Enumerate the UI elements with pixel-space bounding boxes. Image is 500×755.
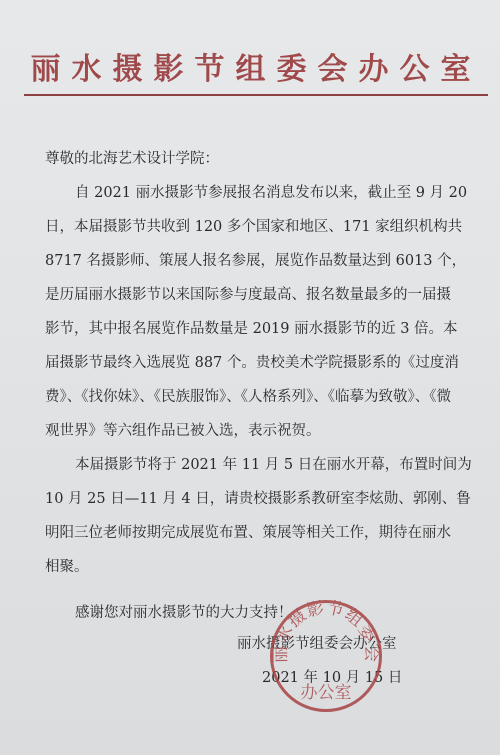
paragraph-line: 本届摄影节将于 2021 年 11 月 5 日在丽水开幕，布置时间为 [45,448,470,482]
paragraph-line: 相聚。 [45,550,470,584]
paragraph-line: 日，本届摄影节共收到 120 多个国家和地区、171 家组织机构共 [45,210,470,244]
thanks-line: 感谢您对丽水摄影节的大力支持！ [45,596,470,630]
paragraph-line: 费》、《找你妹》、《民族服饰》、《人格系列》、《临摹为致敬》、《微 [45,380,470,414]
salutation: 尊敬的北海艺术设计学院： [45,142,470,176]
paragraph-line: 自 2021 丽水摄影节参展报名消息发布以来，截止至 9 月 20 [45,176,470,210]
seal-icon: 丽水摄影节组委会 办公室 [270,600,382,712]
letterhead-title: 丽水摄影节组委会办公室 [31,52,482,88]
paragraph-line: 明阳三位老师按期完成展览布置、策展等相关工作，期待在丽水 [45,516,470,550]
paragraph-2: 本届摄影节将于 2021 年 11 月 5 日在丽水开幕，布置时间为 10 月 … [45,448,470,584]
official-seal-stamp: 丽水摄影节组委会 办公室 [270,600,382,712]
letterhead-divider [24,94,488,96]
letter-body: 尊敬的北海艺术设计学院： 自 2021 丽水摄影节参展报名消息发布以来，截止至 … [45,150,470,630]
letterhead: 丽水摄影节组委会办公室 [0,52,500,88]
paragraph-line: 观世界》等六组作品已被入选，表示祝贺。 [45,414,470,448]
paragraph-line: 是历届丽水摄影节以来国际参与度最高、报名数量最多的一届摄 [45,278,470,312]
svg-text:丽水摄影节组委会: 丽水摄影节组委会 [271,600,381,663]
paragraph-line: 10 月 25 日—11 月 4 日，请贵校摄影系教研室李炫勋、郭刚、鲁 [45,482,470,516]
paragraph-line: 影节，其中报名展览作品数量是 2019 丽水摄影节的近 3 倍。本 [45,312,470,346]
paragraph-1: 自 2021 丽水摄影节参展报名消息发布以来，截止至 9 月 20 日，本届摄影… [45,176,470,448]
paragraph-line: 8717 名摄影师、策展人报名参展，展览作品数量达到 6013 个， [45,244,470,278]
seal-arc-text: 丽水摄影节组委会 [271,600,381,663]
paragraph-line: 届摄影节最终入选展览 887 个。贵校美术学院摄影系的《过度消 [45,346,470,380]
seal-bottom-text: 办公室 [301,683,352,703]
